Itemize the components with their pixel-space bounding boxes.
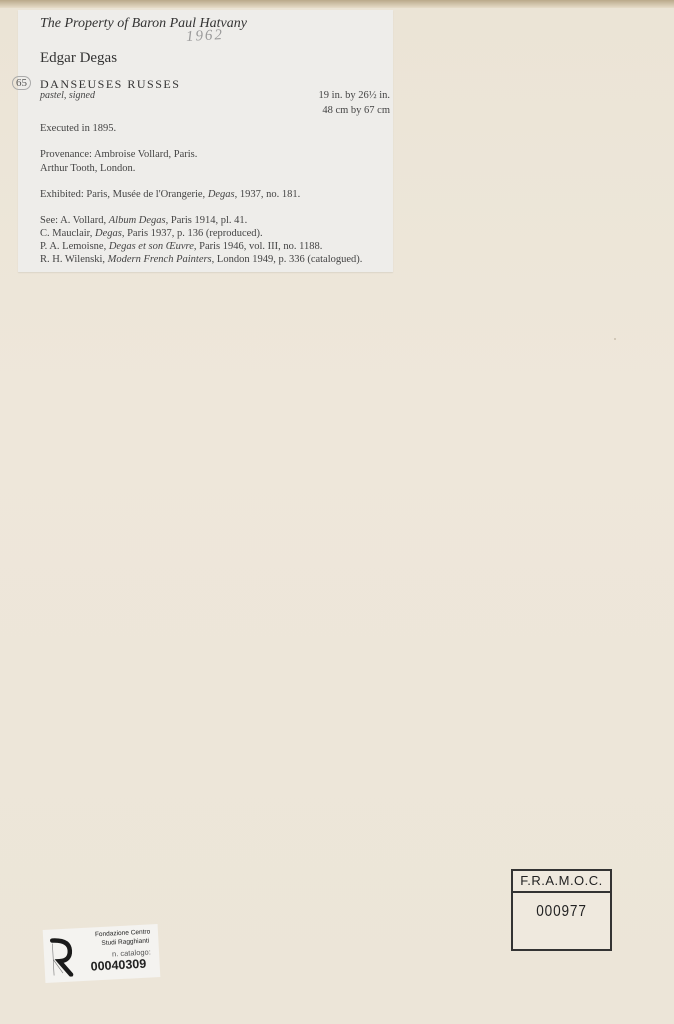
page-top-edge [0,0,674,8]
handwritten-year: 1962 [186,27,225,46]
provenance-line-2: Arthur Tooth, London. [40,163,135,174]
catalog-number: 00040309 [90,957,146,974]
fondazione-label: Fondazione Centro Studi Ragghianti n. ca… [43,924,161,983]
ragghianti-r-logo-icon [49,936,75,977]
provenance-line-1: Provenance: Ambroise Vollard, Paris. [40,149,197,160]
framoc-stamp: F.R.A.M.O.C. 000977 [511,869,612,951]
reference-line: See: A. Vollard, Album Degas, Paris 1914… [40,215,247,226]
paper-speck [614,338,616,340]
framoc-header: F.R.A.M.O.C. [513,871,610,893]
catalogue-clipping: The Property of Baron Paul Hatvany 1962 … [18,10,393,272]
exhibited-line: Exhibited: Paris, Musée de l'Orangerie, … [40,189,300,200]
artist-name: Edgar Degas [40,50,117,67]
reference-line: P. A. Lemoisne, Degas et son Œuvre, Pari… [40,241,322,252]
lot-number: 65 [12,76,31,90]
artwork-medium: pastel, signed [40,90,95,101]
executed-date: Executed in 1895. [40,123,116,134]
reference-line: R. H. Wilenski, Modern French Painters, … [40,254,362,265]
dimensions-inches: 19 in. by 26½ in. [319,90,390,101]
reference-line: C. Mauclair, Degas, Paris 1937, p. 136 (… [40,228,263,239]
fondazione-line-2: Studi Ragghianti [101,937,149,946]
dimensions-cm: 48 cm by 67 cm [322,105,390,116]
framoc-number: 000977 [520,903,602,921]
